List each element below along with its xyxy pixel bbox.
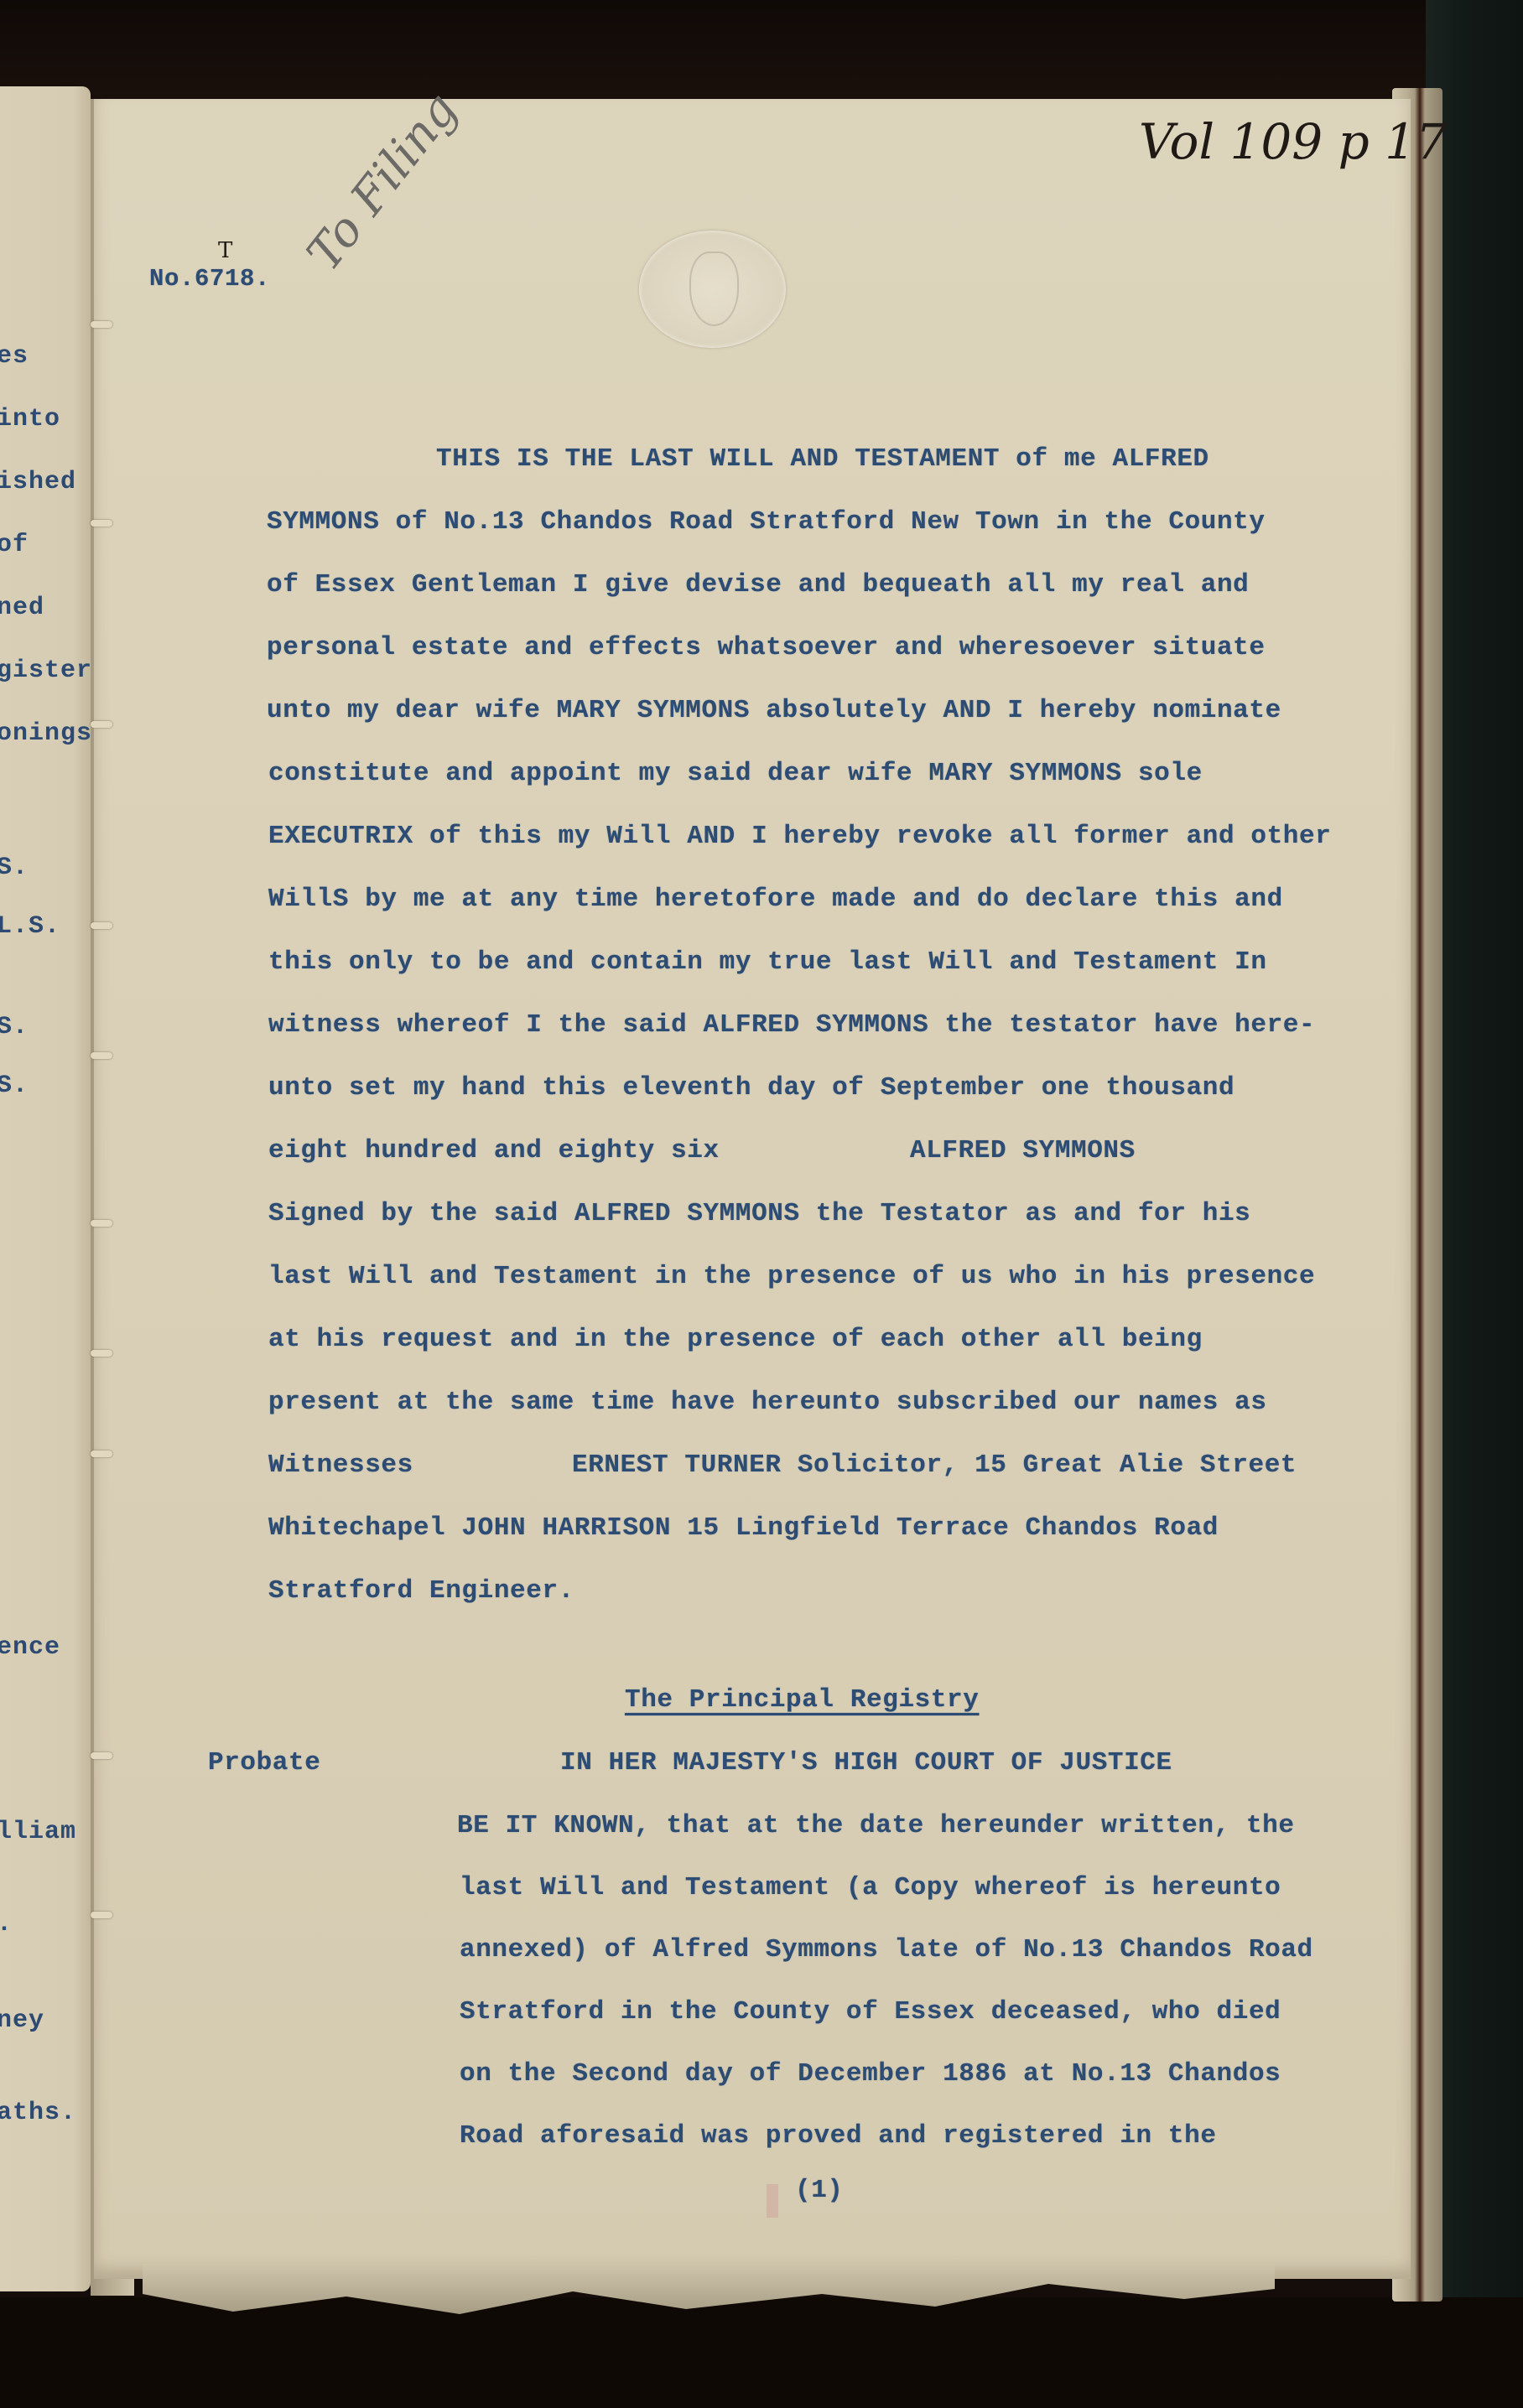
will-line: this only to be and contain my true last…	[268, 947, 1267, 977]
left-page-fragment: gister	[0, 656, 91, 685]
left-page-fragment: es	[0, 342, 29, 371]
will-line: last Will and Testament in the presence …	[268, 1262, 1315, 1291]
left-page-fragment: into	[0, 405, 60, 433]
left-page-fragment: ney	[0, 2006, 44, 2035]
will-line: personal estate and effects whatsoever a…	[267, 633, 1266, 662]
will-line: EXECUTRIX of this my Will AND I hereby r…	[268, 822, 1331, 851]
will-line: present at the same time have hereunto s…	[268, 1388, 1267, 1417]
will-line: unto set my hand this eleventh day of Se…	[268, 1073, 1235, 1103]
left-page-fragment: aths.	[0, 2099, 76, 2127]
left-page-fragment: onings	[0, 719, 91, 748]
left-page-fragment: lliam	[0, 1818, 76, 1846]
binding-stitch	[91, 321, 112, 328]
will-line: witness whereof I the said ALFRED SYMMON…	[268, 1010, 1315, 1040]
will-line: eight hundred and eighty six	[268, 1136, 720, 1165]
left-page-fragment: .	[0, 1910, 13, 1938]
binding-stitch	[91, 1052, 112, 1059]
ink-stain	[767, 2184, 778, 2218]
book-cover-top	[0, 0, 1523, 99]
will-line: SYMMONS of No.13 Chandos Road Stratford …	[267, 507, 1266, 537]
binding-stitch	[91, 1350, 112, 1357]
will-line: Stratford Engineer.	[268, 1576, 574, 1606]
volume-page-note: Vol 109 p 17	[1139, 113, 1447, 170]
probate-line: BE IT KNOWN, that at the date hereunder …	[457, 1811, 1295, 1840]
left-page-fragment: ished	[0, 468, 76, 496]
left-page-fragment: S.	[0, 854, 29, 882]
will-line: Witnesses	[268, 1451, 413, 1480]
probate-line: Stratford in the County of Essex decease…	[460, 1997, 1281, 2027]
will-line: at his request and in the presence of ea…	[268, 1325, 1203, 1354]
binding-stitch	[91, 1451, 112, 1457]
will-line: THIS IS THE LAST WILL AND TESTAMENT of m…	[436, 444, 1209, 474]
book-cover-bottom	[0, 2297, 1523, 2408]
binding-stitch	[91, 520, 112, 527]
left-facing-page: es into ished of ned gister onings S. L.…	[0, 86, 91, 2291]
left-page-fragment: ned	[0, 594, 44, 622]
left-page-fragment: of	[0, 531, 29, 559]
probate-margin-label: Probate	[208, 1748, 320, 1777]
court-heading: IN HER MAJESTY'S HIGH COURT OF JUSTICE	[560, 1748, 1172, 1777]
probate-line: on the Second day of December 1886 at No…	[460, 2059, 1281, 2089]
probate-line: Road aforesaid was proved and registered…	[460, 2121, 1217, 2151]
left-page-fragment: S.	[0, 1072, 29, 1100]
binding-stitch	[91, 721, 112, 728]
will-line: WillS by me at any time heretofore made …	[268, 885, 1283, 914]
embossed-royal-seal	[639, 231, 786, 348]
binding-stitch	[91, 1752, 112, 1759]
will-line: of Essex Gentleman I give devise and beq…	[267, 570, 1249, 599]
will-line: Signed by the said ALFRED SYMMONS the Te…	[268, 1199, 1250, 1228]
left-page-fragment: ence	[0, 1633, 60, 1662]
left-page-fragment: L.S.	[0, 912, 60, 941]
will-line: Whitechapel JOHN HARRISON 15 Lingfield T…	[268, 1513, 1219, 1543]
left-page-fragment: S.	[0, 1013, 29, 1041]
probate-line: last Will and Testament (a Copy whereof …	[460, 1873, 1281, 1902]
reference-mark: T	[218, 238, 232, 263]
probate-line: annexed) of Alfred Symmons late of No.13…	[460, 1935, 1313, 1964]
testator-signature: ALFRED SYMMONS	[910, 1136, 1136, 1165]
will-line: constitute and appoint my said dear wife…	[268, 759, 1203, 788]
reference-number: No.6718.	[149, 265, 270, 293]
registry-heading: The Principal Registry	[625, 1685, 979, 1715]
binding-stitch	[91, 1912, 112, 1918]
binding-stitch	[91, 1220, 112, 1227]
page-number: (1)	[795, 2176, 844, 2205]
will-line: unto my dear wife MARY SYMMONS absolutel…	[267, 696, 1281, 725]
witness-one: ERNEST TURNER Solicitor, 15 Great Alie S…	[572, 1451, 1297, 1480]
binding-stitch	[91, 922, 112, 929]
